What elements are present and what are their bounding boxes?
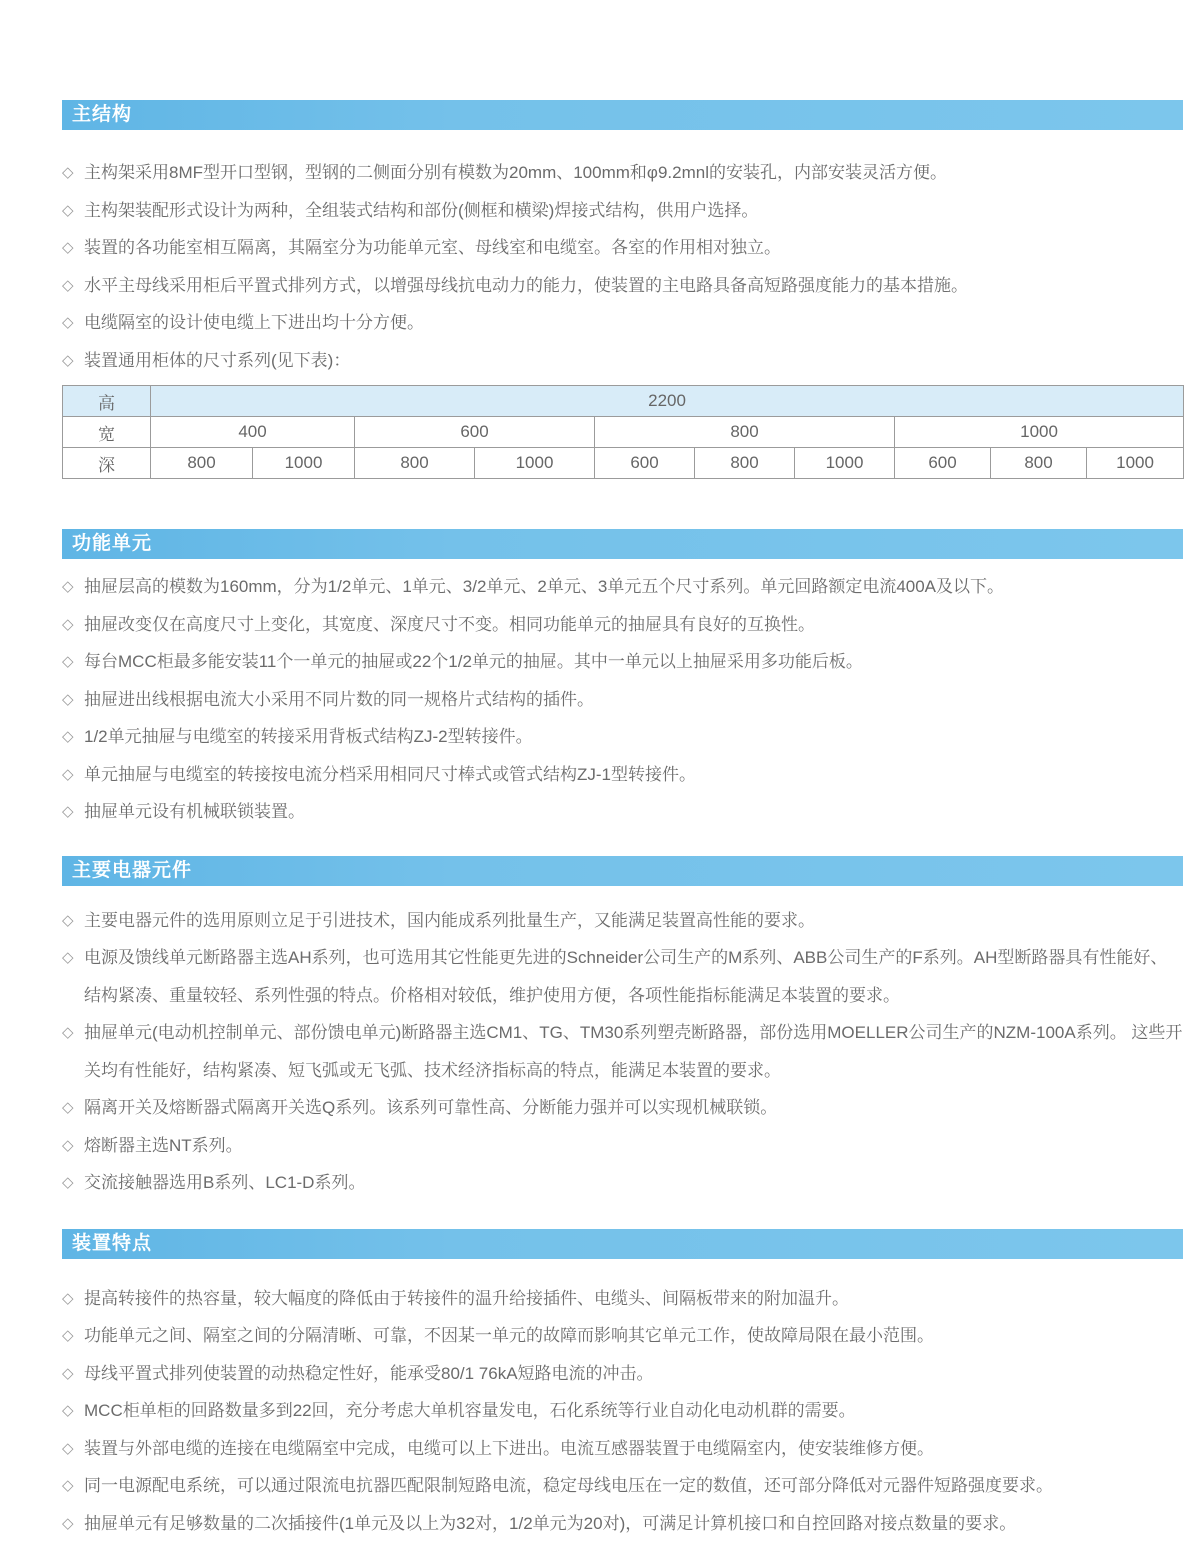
section-header-main-structure: 主结构	[62, 100, 1183, 130]
table-cell: 1000	[895, 417, 1184, 448]
bullet-text: 提高转接件的热容量，较大幅度的降低由于转接件的温升给接插件、电缆头、间隔板带来的…	[84, 1280, 1183, 1318]
table-cell: 800	[151, 448, 253, 479]
bullet-item: ◇单元抽屉与电缆室的转接按电流分档采用相同尺寸棒式或管式结构ZJ-1型转接件。	[62, 756, 1183, 794]
diamond-bullet-icon: ◇	[62, 1392, 84, 1430]
bullet-item: ◇水平主母线采用柜后平置式排列方式，以增强母线抗电动力的能力，使装置的主电路具备…	[62, 267, 1183, 305]
bullet-text: 电缆隔室的设计使电缆上下进出均十分方便。	[84, 304, 1183, 342]
bullet-text: 1/2单元抽屉与电缆室的转接采用背板式结构ZJ-2型转接件。	[84, 718, 1183, 756]
diamond-bullet-icon: ◇	[62, 1127, 84, 1165]
diamond-bullet-icon: ◇	[62, 1505, 84, 1543]
table-cell: 600	[895, 448, 991, 479]
diamond-bullet-icon: ◇	[62, 229, 84, 267]
bullet-text: 主构架装配形式设计为两种，全组装式结构和部份(侧框和横梁)焊接式结构，供用户选择…	[84, 192, 1183, 230]
diamond-bullet-icon: ◇	[62, 902, 84, 940]
table-cell: 1000	[795, 448, 895, 479]
bullet-item: ◇功能单元之间、隔室之间的分隔清晰、可靠，不因某一单元的故障而影响其它单元工作，…	[62, 1317, 1183, 1355]
table-cell: 800	[695, 448, 795, 479]
table-row-width: 宽 400 600 800 1000	[63, 417, 1184, 448]
section-header-function-units: 功能单元	[62, 529, 1183, 559]
diamond-bullet-icon: ◇	[62, 793, 84, 831]
bullet-text: 每台MCC柜最多能安装11个一单元的抽屉或22个1/2单元的抽屉。其中一单元以上…	[84, 643, 1183, 681]
bullet-item: ◇装置的各功能室相互隔离，其隔室分为功能单元室、母线室和电缆室。各室的作用相对独…	[62, 229, 1183, 267]
bullet-item: ◇抽屉单元(电动机控制单元、部份馈电单元)断路器主选CM1、TG、TM30系列塑…	[62, 1014, 1183, 1089]
diamond-bullet-icon: ◇	[62, 606, 84, 644]
bullet-text: 同一电源配电系统，可以通过限流电抗器匹配限制短路电流，稳定母线电压在一定的数值，…	[84, 1467, 1183, 1505]
diamond-bullet-icon: ◇	[62, 1430, 84, 1468]
bullet-text: 电源及馈线单元断路器主选AH系列，也可选用其它性能更先进的Schneider公司…	[84, 939, 1183, 1014]
bullet-text: 母线平置式排列使装置的动热稳定性好，能承受80/1 76kA短路电流的冲击。	[84, 1355, 1183, 1393]
table-row-height: 高 2200	[63, 386, 1184, 417]
bullet-text: MCC柜单柜的回路数量多到22回，充分考虑大单机容量发电，石化系统等行业自动化电…	[84, 1392, 1183, 1430]
diamond-bullet-icon: ◇	[62, 1317, 84, 1355]
bullet-item: ◇装置与外部电缆的连接在电缆隔室中完成，电缆可以上下进出。电流互感器装置于电缆隔…	[62, 1430, 1183, 1468]
diamond-bullet-icon: ◇	[62, 154, 84, 192]
bullet-item: ◇抽屉单元有足够数量的二次插接件(1单元及以上为32对，1/2单元为20对)，可…	[62, 1505, 1183, 1543]
bullet-text: 主构架采用8MF型开口型钢，型钢的二侧面分别有模数为20mm、100mm和φ9.…	[84, 154, 1183, 192]
diamond-bullet-icon: ◇	[62, 718, 84, 756]
diamond-bullet-icon: ◇	[62, 304, 84, 342]
bullet-text: 装置通用柜体的尺寸系列(见下表)：	[84, 342, 1183, 380]
bullet-list-main-components: ◇主要电器元件的选用原则立足于引进技术，国内能成系列批量生产，又能满足装置高性能…	[62, 902, 1183, 1202]
diamond-bullet-icon: ◇	[62, 342, 84, 380]
bullet-item: ◇电源及馈线单元断路器主选AH系列，也可选用其它性能更先进的Schneider公…	[62, 939, 1183, 1014]
bullet-text: 主要电器元件的选用原则立足于引进技术，国内能成系列批量生产，又能满足装置高性能的…	[84, 902, 1183, 940]
bullet-text: 交流接触器选用B系列、LC1-D系列。	[84, 1164, 1183, 1202]
diamond-bullet-icon: ◇	[62, 756, 84, 794]
bullet-item: ◇同一电源配电系统，可以通过限流电抗器匹配限制短路电流，稳定母线电压在一定的数值…	[62, 1467, 1183, 1505]
section-title: 功能单元	[72, 533, 152, 554]
diamond-bullet-icon: ◇	[62, 192, 84, 230]
diamond-bullet-icon: ◇	[62, 1280, 84, 1318]
bullet-text: 抽屉单元(电动机控制单元、部份馈电单元)断路器主选CM1、TG、TM30系列塑壳…	[84, 1014, 1183, 1089]
bullet-text: 抽屉层高的模数为160mm，分为1/2单元、1单元、3/2单元、2单元、3单元五…	[84, 568, 1183, 606]
diamond-bullet-icon: ◇	[62, 568, 84, 606]
diamond-bullet-icon: ◇	[62, 1089, 84, 1127]
section-header-main-components: 主要电器元件	[62, 856, 1183, 886]
row-label-cell: 宽	[63, 417, 151, 448]
diamond-bullet-icon: ◇	[62, 1164, 84, 1202]
diamond-bullet-icon: ◇	[62, 643, 84, 681]
bullet-item: ◇提高转接件的热容量，较大幅度的降低由于转接件的温升给接插件、电缆头、间隔板带来…	[62, 1280, 1183, 1318]
table-row-depth: 深 800 1000 800 1000 600 800 1000 600 800…	[63, 448, 1184, 479]
bullet-text: 隔离开关及熔断器式隔离开关选Q系列。该系列可靠性高、分断能力强并可以实现机械联锁…	[84, 1089, 1183, 1127]
bullet-item: ◇每台MCC柜最多能安装11个一单元的抽屉或22个1/2单元的抽屉。其中一单元以…	[62, 643, 1183, 681]
cabinet-dimensions-table: 高 2200 宽 400 600 800 1000 深 800 1000 800…	[62, 385, 1184, 479]
bullet-item: ◇抽屉进出线根据电流大小采用不同片数的同一规格片式结构的插件。	[62, 681, 1183, 719]
bullet-text: 抽屉改变仅在高度尺寸上变化，其宽度、深度尺寸不变。相同功能单元的抽屉具有良好的互…	[84, 606, 1183, 644]
bullet-text: 装置的各功能室相互隔离，其隔室分为功能单元室、母线室和电缆室。各室的作用相对独立…	[84, 229, 1183, 267]
section-title: 主结构	[72, 104, 132, 125]
bullet-item: ◇熔断器主选NT系列。	[62, 1127, 1183, 1165]
diamond-bullet-icon: ◇	[62, 267, 84, 305]
table-cell: 600	[355, 417, 595, 448]
bullet-list-function-units: ◇抽屉层高的模数为160mm，分为1/2单元、1单元、3/2单元、2单元、3单元…	[62, 568, 1183, 831]
section-title: 装置特点	[72, 1233, 152, 1254]
section-header-device-features: 装置特点	[62, 1229, 1183, 1259]
bullet-text: 抽屉单元设有机械联锁装置。	[84, 793, 1183, 831]
bullet-list-main-structure: ◇主构架采用8MF型开口型钢，型钢的二侧面分别有模数为20mm、100mm和φ9…	[62, 154, 1183, 379]
diamond-bullet-icon: ◇	[62, 681, 84, 719]
bullet-text: 功能单元之间、隔室之间的分隔清晰、可靠，不因某一单元的故障而影响其它单元工作，使…	[84, 1317, 1183, 1355]
diamond-bullet-icon: ◇	[62, 1467, 84, 1505]
diamond-bullet-icon: ◇	[62, 1014, 84, 1052]
row-label-cell: 高	[63, 386, 151, 417]
bullet-item: ◇母线平置式排列使装置的动热稳定性好，能承受80/1 76kA短路电流的冲击。	[62, 1355, 1183, 1393]
catalog-page: 主结构 ◇主构架采用8MF型开口型钢，型钢的二侧面分别有模数为20mm、100m…	[62, 100, 1183, 1542]
table-cell: 800	[595, 417, 895, 448]
table-cell: 1000	[475, 448, 595, 479]
bullet-item: ◇抽屉层高的模数为160mm，分为1/2单元、1单元、3/2单元、2单元、3单元…	[62, 568, 1183, 606]
bullet-item: ◇电缆隔室的设计使电缆上下进出均十分方便。	[62, 304, 1183, 342]
bullet-text: 抽屉进出线根据电流大小采用不同片数的同一规格片式结构的插件。	[84, 681, 1183, 719]
bullet-text: 装置与外部电缆的连接在电缆隔室中完成，电缆可以上下进出。电流互感器装置于电缆隔室…	[84, 1430, 1183, 1468]
bullet-item: ◇隔离开关及熔断器式隔离开关选Q系列。该系列可靠性高、分断能力强并可以实现机械联…	[62, 1089, 1183, 1127]
table-cell: 2200	[151, 386, 1184, 417]
bullet-item: ◇主构架装配形式设计为两种，全组装式结构和部份(侧框和横梁)焊接式结构，供用户选…	[62, 192, 1183, 230]
table-cell: 1000	[253, 448, 355, 479]
bullet-text: 单元抽屉与电缆室的转接按电流分档采用相同尺寸棒式或管式结构ZJ-1型转接件。	[84, 756, 1183, 794]
bullet-list-device-features: ◇提高转接件的热容量，较大幅度的降低由于转接件的温升给接插件、电缆头、间隔板带来…	[62, 1280, 1183, 1543]
table-cell: 1000	[1087, 448, 1184, 479]
bullet-item: ◇抽屉单元设有机械联锁装置。	[62, 793, 1183, 831]
bullet-item: ◇装置通用柜体的尺寸系列(见下表)：	[62, 342, 1183, 380]
table-cell: 800	[991, 448, 1087, 479]
row-label-cell: 深	[63, 448, 151, 479]
bullet-item: ◇1/2单元抽屉与电缆室的转接采用背板式结构ZJ-2型转接件。	[62, 718, 1183, 756]
diamond-bullet-icon: ◇	[62, 939, 84, 977]
bullet-item: ◇主要电器元件的选用原则立足于引进技术，国内能成系列批量生产，又能满足装置高性能…	[62, 902, 1183, 940]
bullet-text: 熔断器主选NT系列。	[84, 1127, 1183, 1165]
section-title: 主要电器元件	[72, 860, 192, 881]
bullet-text: 水平主母线采用柜后平置式排列方式，以增强母线抗电动力的能力，使装置的主电路具备高…	[84, 267, 1183, 305]
bullet-item: ◇MCC柜单柜的回路数量多到22回，充分考虑大单机容量发电，石化系统等行业自动化…	[62, 1392, 1183, 1430]
diamond-bullet-icon: ◇	[62, 1355, 84, 1393]
bullet-item: ◇交流接触器选用B系列、LC1-D系列。	[62, 1164, 1183, 1202]
bullet-item: ◇抽屉改变仅在高度尺寸上变化，其宽度、深度尺寸不变。相同功能单元的抽屉具有良好的…	[62, 606, 1183, 644]
table-cell: 600	[595, 448, 695, 479]
bullet-item: ◇主构架采用8MF型开口型钢，型钢的二侧面分别有模数为20mm、100mm和φ9…	[62, 154, 1183, 192]
bullet-text: 抽屉单元有足够数量的二次插接件(1单元及以上为32对，1/2单元为20对)，可满…	[84, 1505, 1183, 1543]
table-cell: 400	[151, 417, 355, 448]
table-cell: 800	[355, 448, 475, 479]
